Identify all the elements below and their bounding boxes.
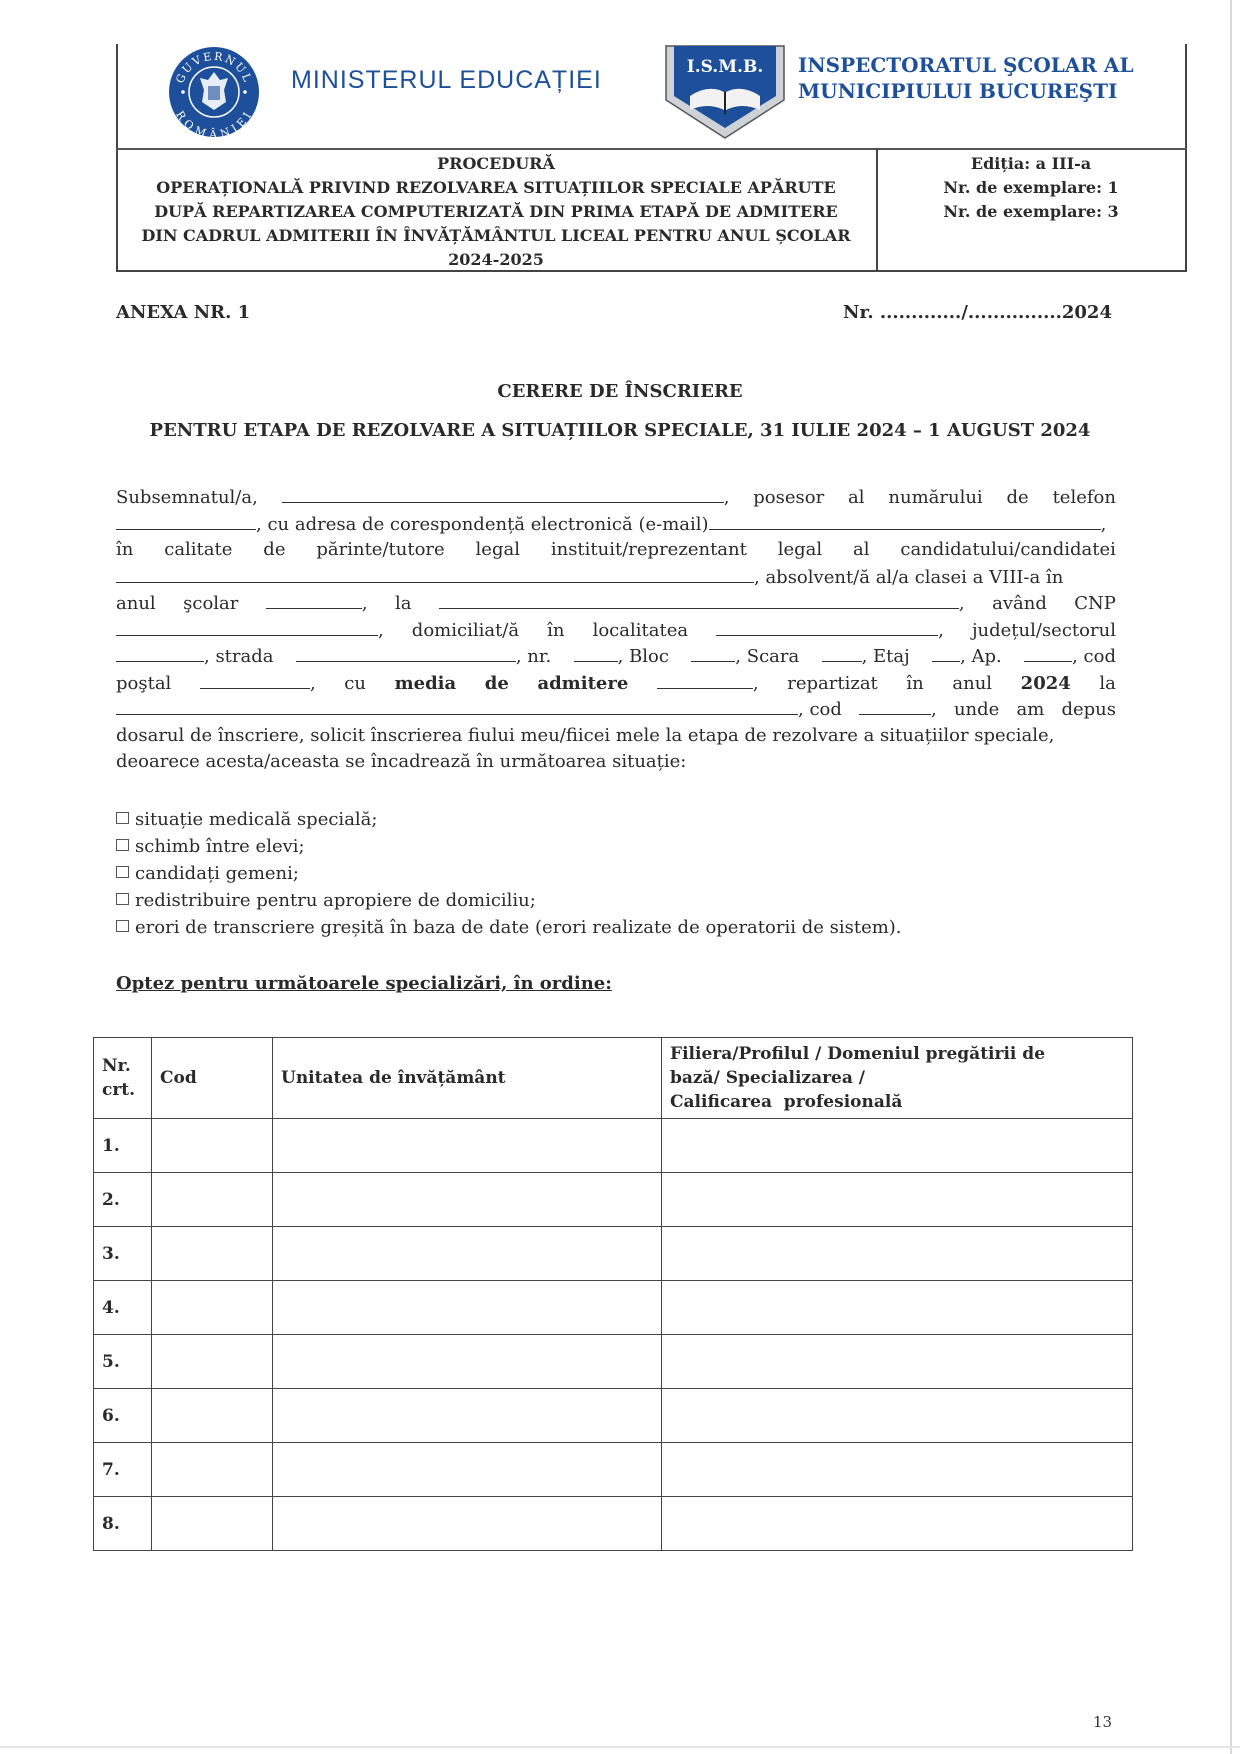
specialization-cell[interactable] <box>662 1497 1133 1551</box>
text-word: anul <box>952 671 992 698</box>
label-cnp: CNP <box>1074 591 1116 618</box>
street-field[interactable] <box>296 643 516 662</box>
row-number: 5. <box>94 1335 152 1389</box>
procedure-title-line: DIN CADRUL ADMITERII ÎN ÎNVĂȚĂMÂNTUL LIC… <box>126 224 866 248</box>
application-form: Subsemnatul/a, , posesor al numărului de… <box>116 484 1116 776</box>
text-word: unde <box>954 697 999 724</box>
procedure-title-line: OPERAȚIONALĂ PRIVIND REZOLVAREA SITUAȚII… <box>126 176 866 200</box>
text-word: media <box>395 671 457 698</box>
header-cod: Cod <box>152 1038 273 1119</box>
form-line: poştal , cu media de admitere , repartiz… <box>116 670 1116 697</box>
checkbox-icon[interactable] <box>116 866 129 878</box>
inspectorate-name-line1: INSPECTORATUL ŞCOLAR AL <box>798 52 1134 78</box>
label-undersigned: Subsemnatul/a, <box>116 485 258 512</box>
text-word: legal <box>778 537 822 564</box>
county-field[interactable] <box>116 643 204 662</box>
label-block: , Bloc <box>618 646 669 667</box>
document-title: CERERE DE ÎNSCRIERE <box>0 381 1240 402</box>
label-graduate: , absolvent/ă al/a clasei a VIII-a în <box>754 565 1063 592</box>
situation-label: situație medicală specială; <box>135 809 377 830</box>
code-cell[interactable] <box>152 1119 273 1173</box>
label-stair: , Scara <box>735 646 799 667</box>
code-cell[interactable] <box>152 1335 273 1389</box>
school-unit-cell[interactable] <box>273 1389 662 1443</box>
header-spec-line: bază/ Specializarea / <box>670 1066 1124 1090</box>
row-number: 3. <box>94 1227 152 1281</box>
text-word: candidatului/candidatei <box>900 537 1116 564</box>
number-field[interactable] <box>574 643 618 662</box>
school-unit-cell[interactable] <box>273 1227 662 1281</box>
text-word: poştal <box>116 671 171 698</box>
comma: , <box>1101 512 1107 539</box>
text-word: având <box>992 591 1047 618</box>
school-unit-cell[interactable] <box>273 1335 662 1389</box>
situation-label: erori de transcriere greșită în baza de … <box>135 917 902 938</box>
school-year-field[interactable] <box>266 590 362 609</box>
school-unit-cell[interactable] <box>273 1173 662 1227</box>
specialization-cell[interactable] <box>662 1281 1133 1335</box>
text-word: de <box>1007 485 1029 512</box>
procedure-title-line: PROCEDURĂ <box>126 152 866 176</box>
block-field[interactable] <box>691 643 735 662</box>
options-heading: Optez pentru următoarele specializări, î… <box>116 973 612 994</box>
row-number: 2. <box>94 1173 152 1227</box>
situation-option[interactable]: erori de transcriere greșită în baza de … <box>116 914 902 941</box>
text-word: am <box>1016 697 1044 724</box>
label-phone: telefon <box>1053 485 1116 512</box>
header-unit: Unitatea de învățământ <box>273 1038 662 1119</box>
text-word: instituit/reprezentant <box>551 537 747 564</box>
label-locality: localitatea <box>593 618 689 645</box>
code-cell[interactable] <box>152 1389 273 1443</box>
text-word: la <box>1099 671 1116 698</box>
form-line: , domiciliat/ă în localitatea , județul/… <box>116 617 1116 644</box>
label-number: , nr. <box>516 646 551 667</box>
candidate-name-field[interactable] <box>116 564 754 583</box>
label-admission-average: admitere <box>537 671 628 698</box>
comma: , <box>959 593 965 614</box>
text-word: legal <box>476 537 520 564</box>
procedure-title: PROCEDURĂ OPERAȚIONALĂ PRIVIND REZOLVARE… <box>126 152 866 272</box>
romanian-government-seal-icon: GUVERNUL ROMÂNIEI <box>168 44 260 140</box>
comma: , <box>931 699 937 720</box>
specialization-cell[interactable] <box>662 1173 1133 1227</box>
text-word: în <box>116 537 133 564</box>
text-word: părinte/tutore <box>316 537 444 564</box>
label-floor: , Etaj <box>862 646 910 667</box>
table-row: 2. <box>94 1173 1133 1227</box>
text-word: de <box>263 537 285 564</box>
checkbox-icon[interactable] <box>116 920 129 932</box>
row-number: 4. <box>94 1281 152 1335</box>
specialization-cell[interactable] <box>662 1119 1133 1173</box>
situation-label: schimb între elevi; <box>135 836 305 857</box>
text-word: la <box>395 591 412 618</box>
ministry-name: MINISTERUL EDUCAȚIEI <box>291 66 602 95</box>
checkbox-icon[interactable] <box>116 812 129 824</box>
name-field[interactable] <box>282 484 724 503</box>
edition-line: Ediția: a III-a <box>881 152 1181 176</box>
registration-number: Nr. ............./...............2024 <box>843 302 1112 323</box>
specialization-cell[interactable] <box>662 1443 1133 1497</box>
school-unit-cell[interactable] <box>273 1497 662 1551</box>
table-row: 3. <box>94 1227 1133 1281</box>
form-line: în calitate de părinte/tutore legal inst… <box>116 537 1116 564</box>
comma: , <box>753 673 759 694</box>
text-word: de <box>485 671 509 698</box>
form-line: Subsemnatul/a, , posesor al numărului de… <box>116 484 1116 511</box>
situation-label: redistribuire pentru apropiere de domici… <box>135 890 536 911</box>
situation-option[interactable]: schimb între elevi; <box>116 833 902 860</box>
text-word: în <box>906 671 923 698</box>
floor-field[interactable] <box>932 643 960 662</box>
edition-info: Ediția: a III-a Nr. de exemplare: 1 Nr. … <box>881 152 1181 224</box>
ismb-shield-book-icon: I.S.M.B. <box>660 44 790 140</box>
procedure-title-line: 2024-2025 <box>126 248 866 272</box>
comma: , <box>362 593 368 614</box>
admission-average-field[interactable] <box>657 670 753 689</box>
document-header: GUVERNUL ROMÂNIEI MINISTERUL EDUCAȚIEI I… <box>116 44 1187 272</box>
school-unit-cell[interactable] <box>273 1119 662 1173</box>
specializations-table: Nr. crt. Cod Unitatea de învățământ Fili… <box>93 1037 1133 1551</box>
comma: , <box>378 620 384 641</box>
table-header-row: Nr. crt. Cod Unitatea de învățământ Fili… <box>94 1038 1133 1119</box>
text-word: numărului <box>888 485 982 512</box>
form-line: , strada , nr. , Bloc , Scara , Etaj , A… <box>116 643 1116 670</box>
form-line: deoarece acesta/aceasta se încadrează în… <box>116 749 1116 776</box>
stair-field[interactable] <box>822 643 862 662</box>
text-word: în <box>547 618 564 645</box>
apartment-field[interactable] <box>1024 643 1072 662</box>
code-cell[interactable] <box>152 1281 273 1335</box>
checkbox-icon[interactable] <box>116 839 129 851</box>
school-field[interactable] <box>439 590 959 609</box>
row-number: 6. <box>94 1389 152 1443</box>
situation-option[interactable]: situație medicală specială; <box>116 806 902 833</box>
situations-list: situație medicală specială; schimb între… <box>116 806 902 941</box>
form-line: , absolvent/ă al/a clasei a VIII-a în <box>116 564 1116 591</box>
row-number: 8. <box>94 1497 152 1551</box>
postal-code-field[interactable] <box>200 670 310 689</box>
label-code: , cod <box>798 699 842 720</box>
checkbox-icon[interactable] <box>116 893 129 905</box>
header-specialization: Filiera/Profilul / Domeniul pregătirii d… <box>662 1038 1133 1119</box>
code-cell[interactable] <box>152 1497 273 1551</box>
text-word: al <box>853 537 870 564</box>
row-number: 7. <box>94 1443 152 1497</box>
label-county: județul/sectorul <box>972 618 1116 645</box>
school-unit-cell[interactable] <box>273 1281 662 1335</box>
phone-field[interactable] <box>116 511 256 530</box>
year-value: 2024 <box>1021 671 1071 698</box>
page-bottom-edge <box>0 1746 1240 1748</box>
inspectorate-name: INSPECTORATUL ŞCOLAR AL MUNICIPIULUI BUC… <box>798 52 1134 104</box>
header-spec-line: Calificarea profesională <box>670 1090 1124 1114</box>
text-word: al <box>848 485 865 512</box>
form-line: anul şcolar , la , având CNP <box>116 590 1116 617</box>
code-cell[interactable] <box>152 1227 273 1281</box>
comma: , <box>310 673 316 694</box>
header-divider <box>116 148 1187 150</box>
table-row: 6. <box>94 1389 1133 1443</box>
text-word: anul <box>116 591 156 618</box>
school-code-field[interactable] <box>859 696 931 715</box>
text-word: domiciliat/ă <box>412 618 519 645</box>
school-unit-cell[interactable] <box>273 1443 662 1497</box>
header-right-border <box>1185 44 1187 272</box>
copies-line: Nr. de exemplare: 1 <box>881 176 1181 200</box>
text-word: posesor <box>753 485 824 512</box>
specialization-cell[interactable] <box>662 1227 1133 1281</box>
text-word: calitate <box>164 537 232 564</box>
annex-label: ANEXA NR. 1 <box>116 302 250 323</box>
header-column-divider <box>876 148 878 272</box>
code-cell[interactable] <box>152 1173 273 1227</box>
header-nr: Nr. crt. <box>94 1038 152 1119</box>
row-number: 1. <box>94 1119 152 1173</box>
email-field[interactable] <box>709 511 1101 530</box>
specialization-cell[interactable] <box>662 1335 1133 1389</box>
assigned-school-field[interactable] <box>116 696 798 715</box>
locality-field[interactable] <box>716 617 938 636</box>
procedure-title-line: DUPĂ REPARTIZAREA COMPUTERIZATĂ DIN PRIM… <box>126 200 866 224</box>
inspectorate-name-line2: MUNICIPIULUI BUCUREŞTI <box>798 78 1134 104</box>
label-street: , strada <box>204 646 274 667</box>
specialization-cell[interactable] <box>662 1389 1133 1443</box>
document-subtitle: PENTRU ETAPA DE REZOLVARE A SITUAȚIILOR … <box>0 420 1240 441</box>
text-word: cu <box>344 671 366 698</box>
table-row: 7. <box>94 1443 1133 1497</box>
label-postal-code: , cod <box>1072 646 1116 667</box>
table-row: 8. <box>94 1497 1133 1551</box>
situation-label: candidați gemeni; <box>135 863 299 884</box>
header-spec-line: Filiera/Profilul / Domeniul pregătirii d… <box>670 1042 1124 1066</box>
form-line: , cod , unde am depus <box>116 696 1116 723</box>
header-left-border <box>116 44 118 272</box>
text-word: repartizat <box>787 671 878 698</box>
table-row: 5. <box>94 1335 1133 1389</box>
code-cell[interactable] <box>152 1443 273 1497</box>
situation-option[interactable]: candidați gemeni; <box>116 860 902 887</box>
table-row: 4. <box>94 1281 1133 1335</box>
form-line: dosarul de înscriere, solicit înscrierea… <box>116 723 1116 750</box>
page-edge <box>1230 0 1232 1754</box>
cnp-field[interactable] <box>116 617 378 636</box>
label-school-year: şcolar <box>183 591 238 618</box>
comma: , <box>724 487 730 508</box>
comma: , <box>938 620 944 641</box>
svg-text:I.S.M.B.: I.S.M.B. <box>687 57 763 77</box>
table-row: 1. <box>94 1119 1133 1173</box>
text-word: depus <box>1061 697 1116 724</box>
copies-line: Nr. de exemplare: 3 <box>881 200 1181 224</box>
label-email: , cu adresa de corespondență electronică… <box>256 512 709 539</box>
form-line: , cu adresa de corespondență electronică… <box>116 511 1116 538</box>
page-number: 13 <box>1093 1713 1112 1731</box>
label-apartment: , Ap. <box>960 646 1002 667</box>
situation-option[interactable]: redistribuire pentru apropiere de domici… <box>116 887 902 914</box>
